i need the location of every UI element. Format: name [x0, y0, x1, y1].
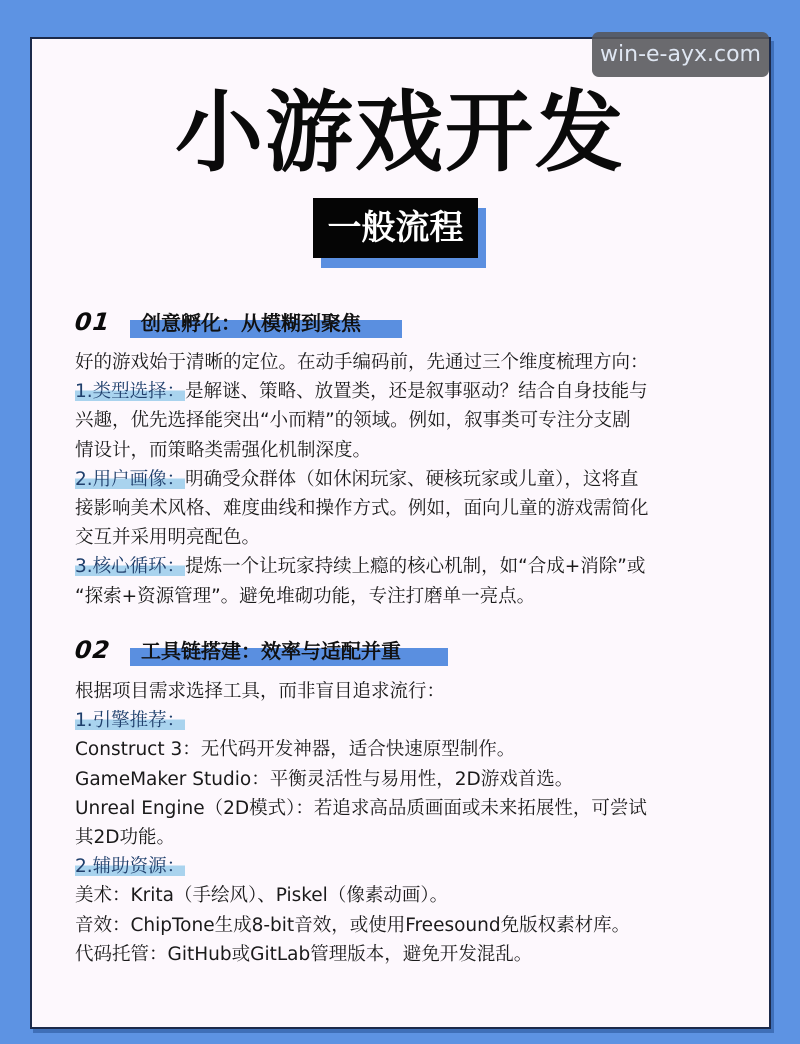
page-title: 小游戏开发	[0, 78, 800, 188]
intro-text: 根据项目需求选择工具，而非盲目追求流行：	[75, 677, 735, 706]
item-text-cont: 情设计，而策略类需强化机制深度。	[75, 436, 735, 465]
item-text: 明确受众群体（如休闲玩家、硬核玩家或儿童），这将直	[185, 469, 638, 490]
item-text-cont: “探索+资源管理”。避免堆砌功能，专注打磨单一亮点。	[75, 582, 735, 611]
item-label: 3.核心循环：	[75, 556, 185, 577]
section-body-02: 根据项目需求选择工具，而非盲目追求流行： 1.引擎推荐： Construct 3…	[75, 677, 735, 969]
item-text-cont: 其2D功能。	[75, 823, 735, 852]
section-title: 工具链搭建：效率与适配并重	[141, 634, 401, 668]
item-text-cont: 接影响美术风格、难度曲线和操作方式。例如，面向儿童的游戏需简化	[75, 494, 735, 523]
section-heading-01: 01 创意孵化：从模糊到聚焦	[75, 306, 415, 342]
item-text: 音效：ChipTone生成8-bit音效，或使用Freesound免版权素材库。	[75, 911, 735, 940]
item-text-cont: 交互并采用明亮配色。	[75, 523, 735, 552]
item-text: 提炼一个让玩家持续上瘾的核心机制，如“合成+消除”或	[185, 556, 645, 577]
item-text: 美术：Krita（手绘风）、Piskel（像素动画）。	[75, 881, 735, 910]
section-body-01: 好的游戏始于清晰的定位。在动手编码前，先通过三个维度梳理方向： 1.类型选择：是…	[75, 348, 735, 611]
section-number: 02	[74, 636, 112, 664]
section-number: 01	[74, 308, 112, 336]
list-item: 3.核心循环：提炼一个让玩家持续上瘾的核心机制，如“合成+消除”或	[75, 552, 735, 581]
section-heading-02: 02 工具链搭建：效率与适配并重	[75, 634, 455, 670]
list-item: 2.用户画像：明确受众群体（如休闲玩家、硬核玩家或儿童），这将直	[75, 465, 735, 494]
list-item: 2.辅助资源：	[75, 852, 735, 881]
intro-text: 好的游戏始于清晰的定位。在动手编码前，先通过三个维度梳理方向：	[75, 348, 735, 377]
item-label: 2.辅助资源：	[75, 856, 185, 877]
item-label: 1.类型选择：	[75, 381, 185, 402]
item-text-cont: 兴趣，优先选择能突出“小而精”的领域。例如，叙事类可专注分支剧	[75, 406, 735, 435]
item-text: GameMaker Studio：平衡灵活性与易用性，2D游戏首选。	[75, 765, 735, 794]
watermark: win-e-ayx.com	[592, 32, 769, 77]
item-label: 1.引擎推荐：	[75, 710, 185, 731]
section-title: 创意孵化：从模糊到聚焦	[141, 306, 361, 340]
item-label: 2.用户画像：	[75, 469, 185, 490]
subtitle-label: 一般流程	[313, 198, 478, 258]
list-item: 1.引擎推荐：	[75, 706, 735, 735]
list-item: 1.类型选择：是解谜、策略、放置类，还是叙事驱动？结合自身技能与	[75, 377, 735, 406]
item-text: Unreal Engine（2D模式）：若追求高品质画面或未来拓展性，可尝试	[75, 794, 735, 823]
item-text: Construct 3：无代码开发神器，适合快速原型制作。	[75, 735, 735, 764]
item-text: 是解谜、策略、放置类，还是叙事驱动？结合自身技能与	[185, 381, 648, 402]
subtitle-block: 一般流程	[313, 198, 478, 258]
item-text: 代码托管：GitHub或GitLab管理版本，避免开发混乱。	[75, 940, 735, 969]
